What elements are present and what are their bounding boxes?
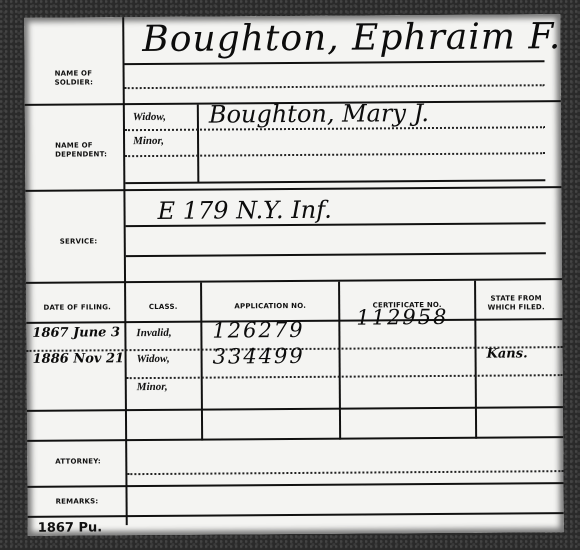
divider (26, 278, 562, 284)
divider (28, 512, 564, 518)
service-value: E 179 N.Y. Inf. (157, 196, 331, 225)
dependent-label: Name of Dependent: (55, 141, 117, 159)
date-of-filing-header: Date of Filing. (32, 303, 122, 313)
divider (27, 436, 563, 442)
filing-class: Invalid, (136, 327, 171, 339)
filing-class: Minor, (137, 381, 168, 393)
divider (27, 406, 563, 412)
label-column-divider (122, 17, 128, 525)
divider (125, 152, 545, 157)
remarks-label: Remarks: (56, 497, 99, 506)
divider (25, 186, 561, 192)
divider (197, 105, 200, 183)
filing-class: Widow, (137, 353, 170, 365)
filing-date: 1867 June 3 (32, 325, 120, 341)
filing-date: 1886 Nov 21 (33, 351, 125, 367)
application-no-header: Application No. (202, 302, 338, 312)
divider (125, 179, 545, 184)
service-label: Service: (60, 237, 98, 246)
divider (125, 126, 545, 131)
certificate-number: 112958 (356, 305, 448, 330)
minor-label: Minor, (133, 135, 164, 147)
divider (126, 252, 546, 257)
soldier-label: Name of Soldier: (55, 69, 115, 87)
soldier-underline (125, 60, 545, 65)
widow-label: Widow, (133, 111, 166, 123)
attorney-label: Attorney: (55, 457, 101, 466)
pension-index-card: Name of Soldier: Boughton, Ephraim F. Na… (24, 14, 564, 536)
state-filed-header: State from which filed. (476, 294, 556, 313)
soldier-name: Boughton, Ephraim F. (142, 16, 561, 60)
divider (127, 470, 563, 475)
divider (127, 374, 563, 379)
application-number: 334499 (212, 344, 304, 369)
divider (27, 482, 563, 488)
dependent-widow-name: Boughton, Mary J. (209, 99, 429, 129)
filing-state: Kans. (487, 346, 528, 361)
class-header: Class. (126, 303, 200, 313)
application-number: 126279 (212, 318, 304, 343)
corner-note: 1867 Pu. (38, 520, 103, 535)
divider (125, 84, 545, 89)
